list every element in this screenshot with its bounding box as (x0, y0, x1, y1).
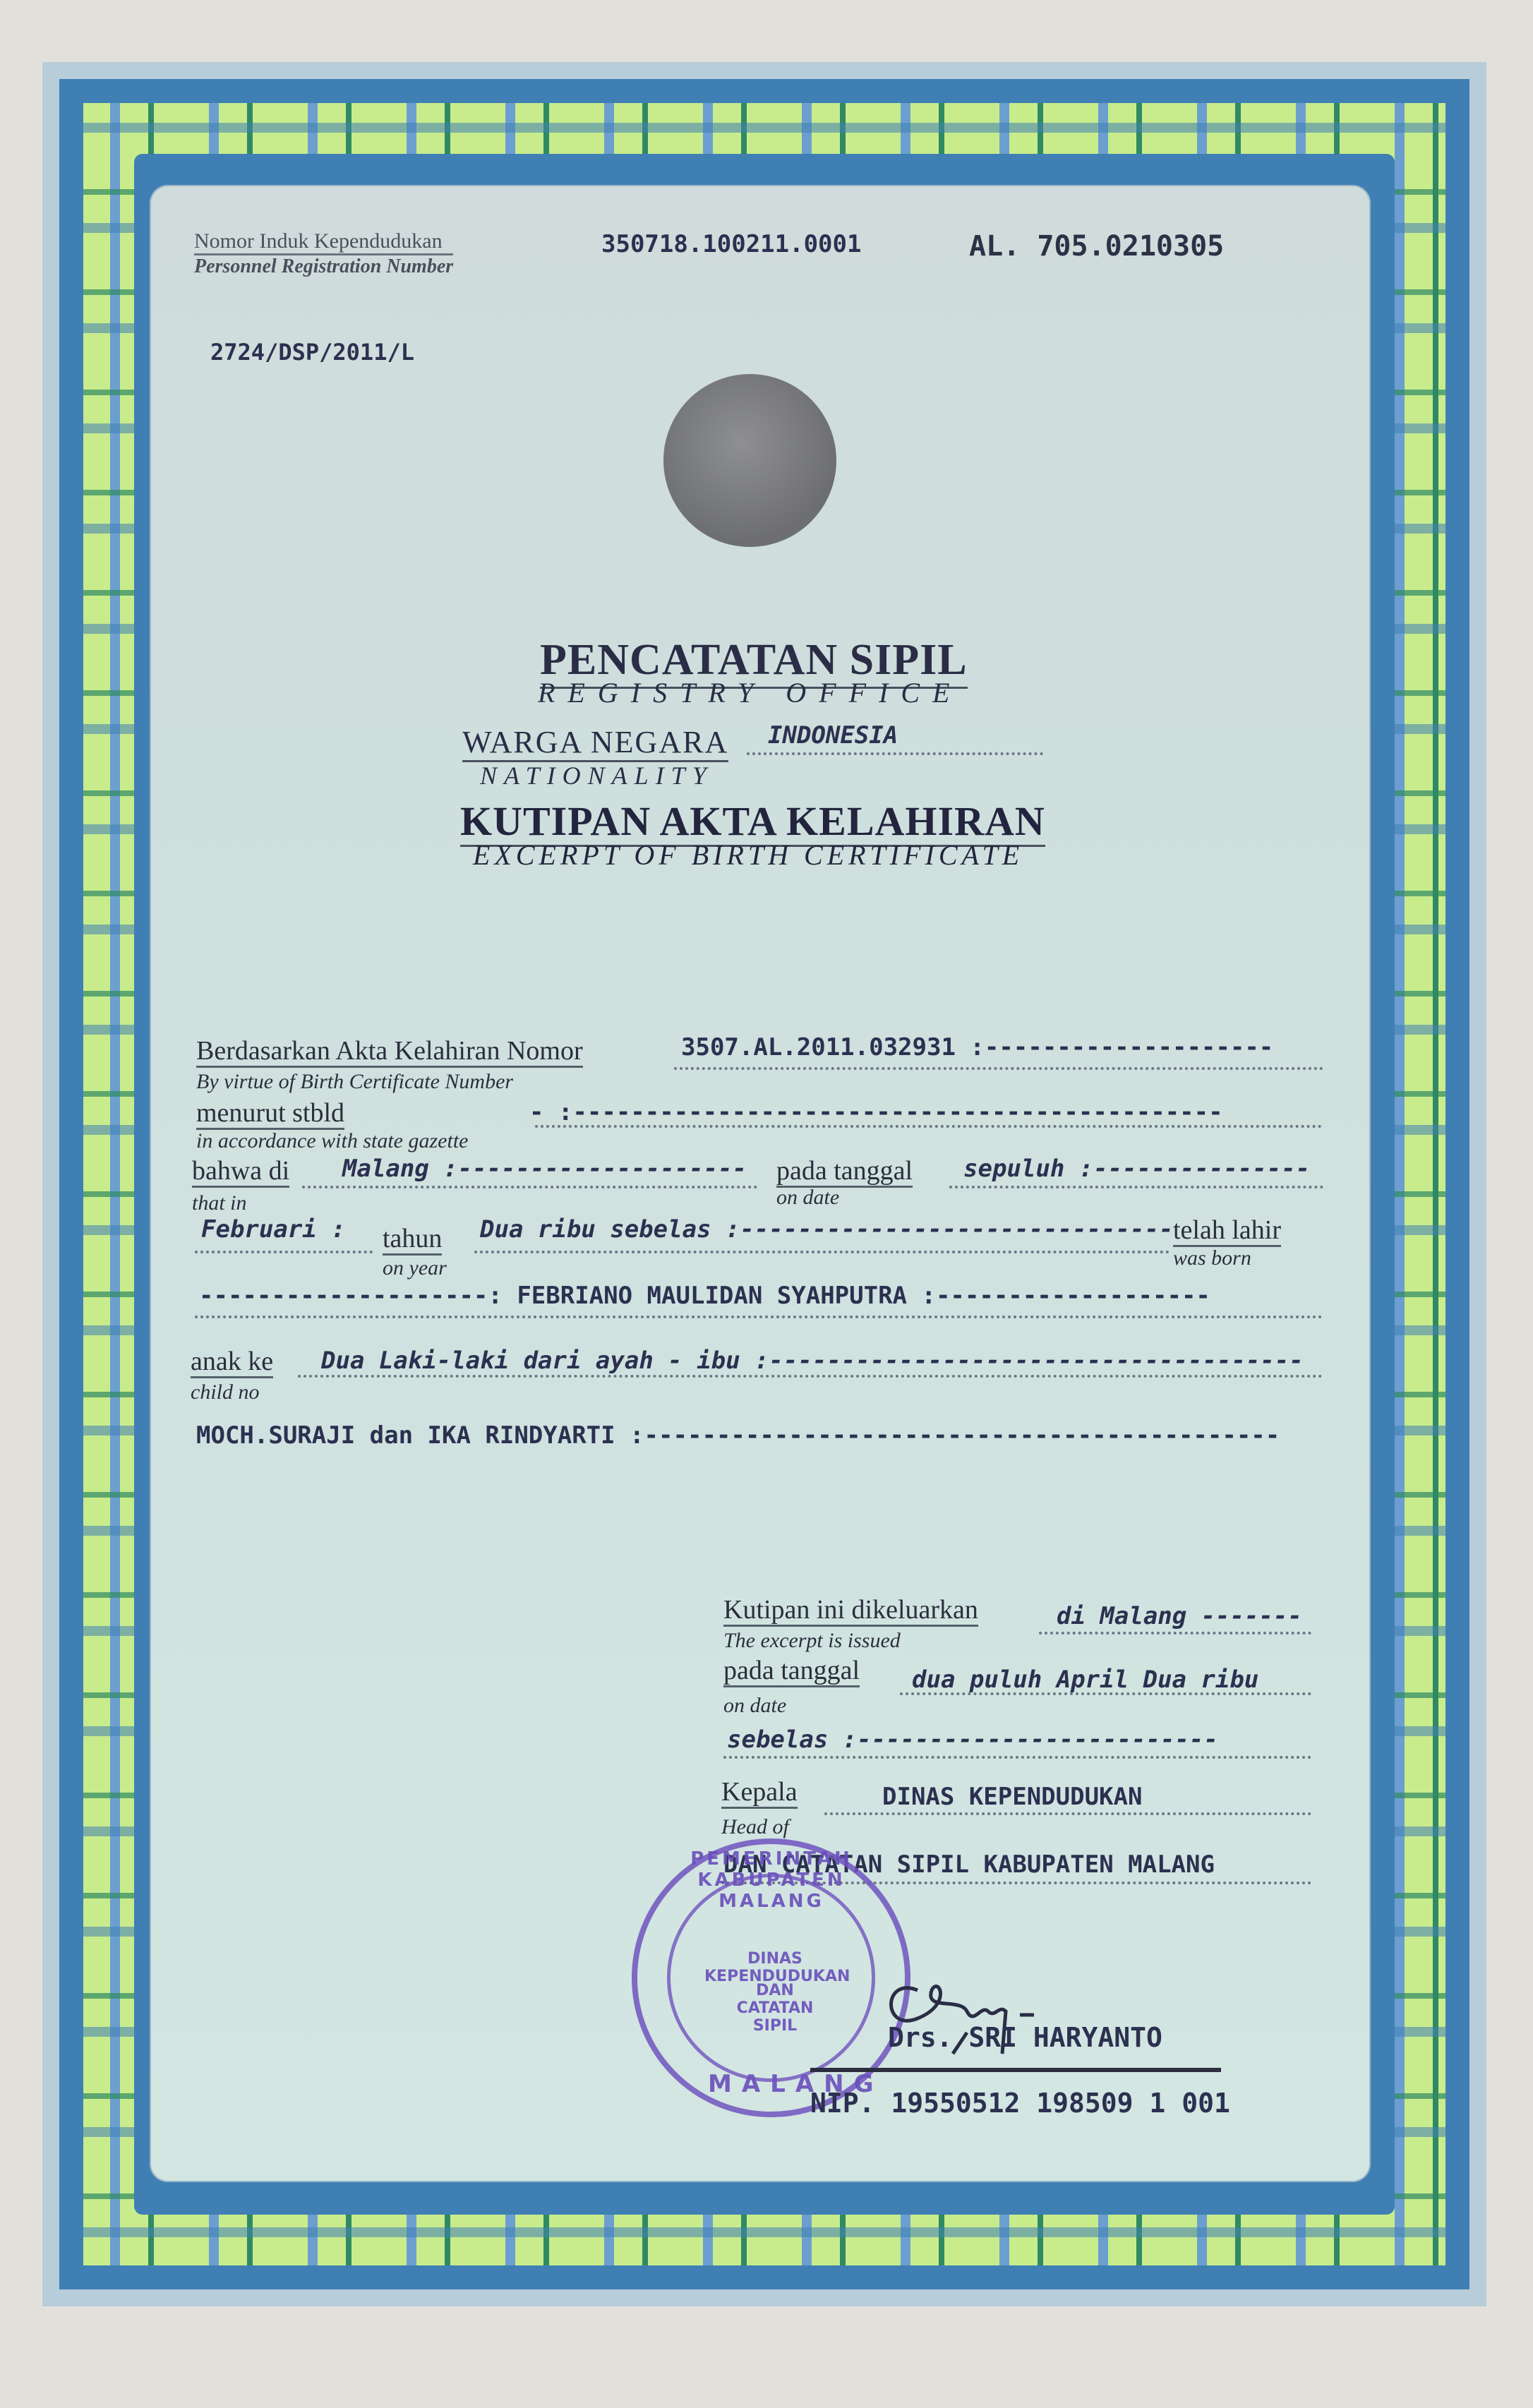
birth-date-label: pada tanggal (776, 1157, 913, 1188)
born-label: telah lahir (1173, 1217, 1281, 1247)
cert-no-label: Berdasarkan Akta Kelahiran Nomor (196, 1037, 583, 1068)
nationality-label-en: NATIONALITY (480, 761, 714, 790)
head-label-en: Head of (721, 1815, 789, 1839)
dotted-line (900, 1692, 1311, 1695)
issued-label-en: The excerpt is issued (723, 1629, 901, 1653)
dotted-line (723, 1756, 1311, 1759)
child-no-label: anak ke (191, 1348, 273, 1378)
dotted-line (302, 1186, 757, 1188)
place-label: bahwa di (192, 1157, 289, 1188)
stbld-label-en: in accordance with state gazette (196, 1129, 468, 1153)
dotted-line (195, 1316, 1323, 1318)
issued-place: di Malang ------- (1057, 1602, 1302, 1630)
birth-date-value: sepuluh :--------------- (963, 1155, 1310, 1183)
stbld-value: - :-------------------------------------… (529, 1098, 1223, 1126)
dotted-line (535, 1125, 1322, 1128)
cert-no-value: 3507.AL.2011.032931 :-------------------… (681, 1033, 1273, 1061)
stbld-label: menurut stbld (196, 1100, 344, 1130)
dotted-line (298, 1375, 1323, 1378)
issued-date-continued: sebelas :------------------------- (727, 1726, 1218, 1754)
office-title-en: REGISTRY OFFICE (538, 676, 962, 709)
serial-number: AL. 705.0210305 (969, 230, 1224, 263)
nationality-dotted-line (747, 752, 1043, 755)
garuda-seal-icon (663, 374, 836, 547)
official-stamp: DINAS KEPENDUDUKAN DAN CATATAN SIPIL PEM… (632, 1838, 910, 2117)
stamp-center-line-1: DINAS KEPENDUDUKAN (704, 1950, 846, 1985)
place-value: Malang :-------------------- (342, 1155, 747, 1183)
issued-date-label-en: on date (723, 1694, 786, 1718)
nik-label-en: Personnel Registration Number (194, 255, 453, 278)
signatory-name: Drs. SRI HARYANTO (888, 2022, 1162, 2053)
birth-year-value: Dua ribu sebelas :----------------------… (480, 1215, 1174, 1244)
stamp-ring-text: PEMERINTAH KABUPATEN MALANG (651, 1848, 891, 1912)
dotted-line (195, 1251, 373, 1253)
child-no-value: Dua Laki-laki dari ayah - ibu :---------… (321, 1347, 1304, 1375)
dotted-line (474, 1251, 1170, 1253)
cert-no-label-en: By virtue of Birth Certificate Number (196, 1070, 513, 1094)
birth-month-value: Februari : (201, 1215, 346, 1244)
child-no-label-en: child no (191, 1380, 260, 1404)
issued-date-value: dua puluh April Dua ribu (912, 1666, 1258, 1694)
head-label: Kepala (721, 1778, 798, 1809)
document-title-en: EXCERPT OF BIRTH CERTIFICATE (473, 838, 1023, 872)
dotted-line (1039, 1632, 1311, 1635)
signatory-nip: NIP. 19550512 198509 1 001 (810, 2088, 1230, 2119)
issued-label: Kutipan ini dikeluarkan (723, 1596, 978, 1627)
issued-date-label: pada tanggal (723, 1657, 860, 1687)
head-office-line-1: DINAS KEPENDUDUKAN (882, 1783, 1142, 1811)
nik-label-block: Nomor Induk Kependudukan Personnel Regis… (194, 229, 453, 278)
nik-label: Nomor Induk Kependudukan (194, 229, 453, 255)
dotted-line (824, 1812, 1311, 1815)
signature-line (810, 2068, 1221, 2072)
nationality-value: INDONESIA (768, 721, 898, 750)
birth-date-label-en: on date (776, 1186, 839, 1210)
year-label-en: on year (383, 1256, 447, 1280)
nik-value: 350718.100211.0001 (601, 230, 861, 258)
child-name: --------------------: FEBRIANO MAULIDAN … (199, 1282, 1210, 1310)
stamp-center-line-2: DAN CATATAN SIPIL (715, 1982, 835, 2035)
dotted-line (674, 1067, 1323, 1070)
dotted-line (949, 1186, 1323, 1188)
year-label: tahun (383, 1225, 442, 1256)
reference-number: 2724/DSP/2011/L (210, 339, 414, 366)
parents-names: MOCH.SURAJI dan IKA RINDYARTI :---------… (196, 1421, 1280, 1450)
born-label-en: was born (1173, 1246, 1251, 1270)
nationality-label: WARGA NEGARA (462, 724, 728, 762)
place-label-en: that in (192, 1191, 247, 1215)
